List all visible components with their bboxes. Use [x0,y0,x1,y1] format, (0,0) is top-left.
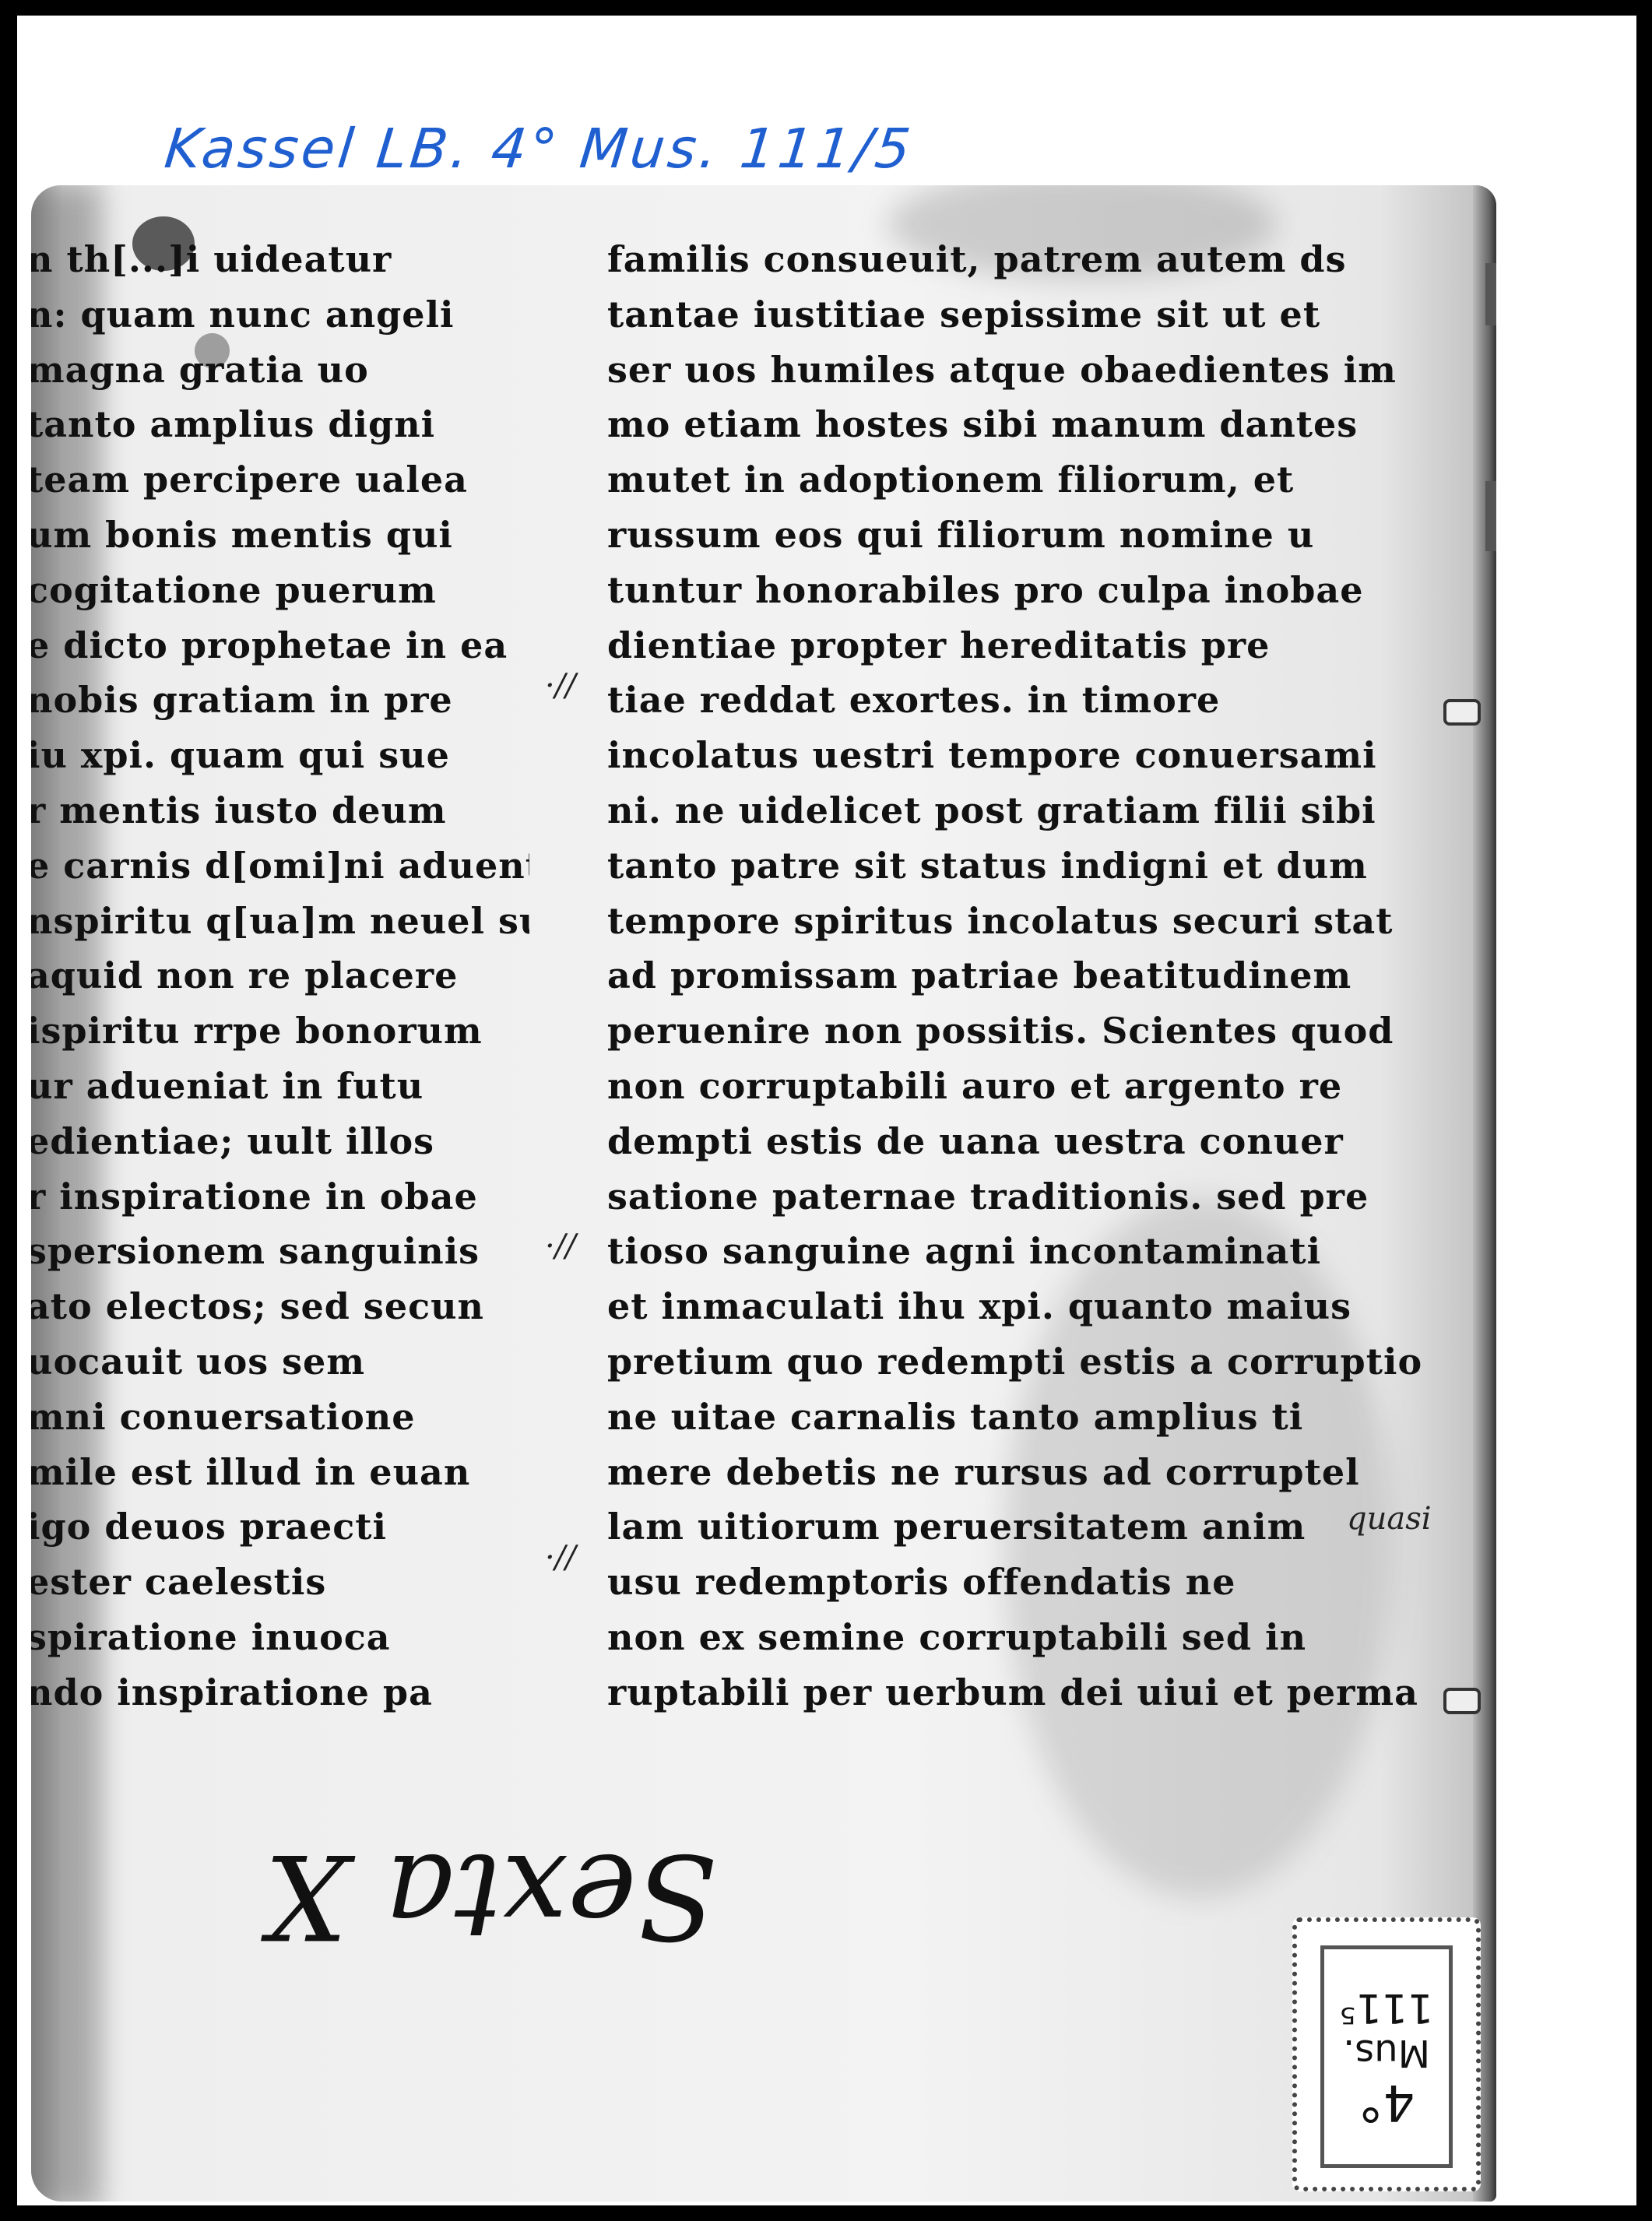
text-line: ser uos humiles atque obaedientes im [607,343,1448,398]
text-line: tanto amplius digni [31,397,529,452]
binding-tab [1485,263,1496,325]
text-line: ispiritu rrpe bonorum [31,1003,529,1059]
text-line: ester caelestis [31,1555,529,1610]
text-line: ad promissam patriae beatitudinem [607,948,1448,1003]
text-line: igo deuos praecti [31,1499,529,1555]
text-line: mutet in adoptionem filiorum, et [607,452,1448,508]
text-line: non ex semine corruptabili sed in [607,1610,1448,1665]
binding-tab [1485,481,1496,551]
text-line: r inspiratione in obae [31,1169,529,1225]
text-line: tempore spiritus incolatus securi stat [607,894,1448,949]
text-line: mile est illud in euan [31,1445,529,1500]
text-line: iu xpi. quam qui sue [31,728,529,783]
margin-mark: ·// [545,668,576,704]
text-line: dientiae propter hereditatis pre [607,618,1448,673]
text-line: ur adueniat in futu [31,1059,529,1114]
margin-mark: ·// [545,1228,576,1264]
text-line: tuntur honorabiles pro culpa inobae [607,563,1448,618]
text-line: n th[...]i uideatur [31,232,529,287]
text-line: team percipere ualea [31,452,529,508]
handwritten-callnumber: Kassel LB. 4° Mus. 111/5 [162,117,916,181]
binding-loop [1443,1688,1481,1714]
left-column: n th[...]i uideatur n: quam nunc angeli … [31,232,529,1720]
text-line: russum eos qui filiorum nomine u [607,508,1448,563]
text-line: incolatus uestri tempore conuersami [607,728,1448,783]
text-line: e carnis d[omi]ni aduentu [31,838,529,894]
text-line: magna gratia uo [31,343,529,398]
text-line: nobis gratiam in pre [31,673,529,728]
text-line: aquid non re placere [31,948,529,1003]
text-line: tanto patre sit status indigni et dum [607,838,1448,894]
text-line: um bonis mentis qui [31,508,529,563]
photocopy-sheet: Kassel LB. 4° Mus. 111/5 n th[...]i uide… [17,16,1636,2205]
text-line: ato electos; sed secun [31,1279,529,1334]
text-line: non corruptabili auro et argento re [607,1059,1448,1114]
shelf-label-number: 111⁵ [1340,1984,1433,2031]
text-line: lam uitiorum peruersitatem anim [607,1499,1448,1555]
shelf-label: 4° Mus. 111⁵ [1292,1917,1481,2191]
right-column: familis consueuit, patrem autem ds tanta… [607,232,1448,1720]
text-line: ne uitae carnalis tanto amplius ti [607,1390,1448,1445]
text-line: pretium quo redempti estis a corruptio [607,1334,1448,1390]
text-line: et inmaculati ihu xpi. quanto maius [607,1279,1448,1334]
text-line: r mentis iusto deum [31,783,529,838]
margin-mark: ·// [545,1540,576,1576]
text-line: tiae reddat exortes. in timore [607,673,1448,728]
text-line: tantae iustitiae sepissime sit ut et [607,287,1448,343]
text-line: tioso sanguine agni incontaminati [607,1224,1448,1279]
text-line: usu redemptoris offendatis ne [607,1555,1448,1610]
text-line: familis consueuit, patrem autem ds [607,232,1448,287]
text-line: ruptabili per uerbum dei uiui et perma [607,1665,1448,1720]
text-line: edientiae; uult illos [31,1114,529,1169]
text-line: satione paternae traditionis. sed pre [607,1169,1448,1225]
margin-note-quasi: quasi [1347,1501,1432,1537]
text-line: dempti estis de uana uestra conuer [607,1114,1448,1169]
text-line: mni conuersatione [31,1390,529,1445]
binding-loop [1443,699,1481,726]
text-line: uocauit uos sem [31,1334,529,1390]
text-line: spersionem sanguinis [31,1224,529,1279]
text-line: mo etiam hostes sibi manum dantes [607,397,1448,452]
shelf-label-text: 4° Mus. 111⁵ [1324,1949,1449,2164]
decorated-initial: Sexta X [265,1828,716,1963]
text-line: peruenire non possitis. Scientes quod [607,1003,1448,1059]
text-line: e dicto prophetae in ea [31,618,529,673]
shelf-label-collection: Mus. [1343,2031,1430,2075]
text-line: nspiritu q[ua]m neuel sup [31,894,529,949]
manuscript-folio: n th[...]i uideatur n: quam nunc angeli … [31,185,1496,2202]
text-line: ni. ne uidelicet post gratiam filii sibi [607,783,1448,838]
shelf-label-format: 4° [1359,2075,1415,2129]
text-line: spiratione inuoca [31,1610,529,1665]
shelf-label-frame: 4° Mus. 111⁵ [1320,1945,1453,2168]
text-line: ndo inspiratione pa [31,1665,529,1720]
text-line: n: quam nunc angeli [31,287,529,343]
text-line: mere debetis ne rursus ad corruptel [607,1445,1448,1500]
text-line: cogitatione puerum [31,563,529,618]
